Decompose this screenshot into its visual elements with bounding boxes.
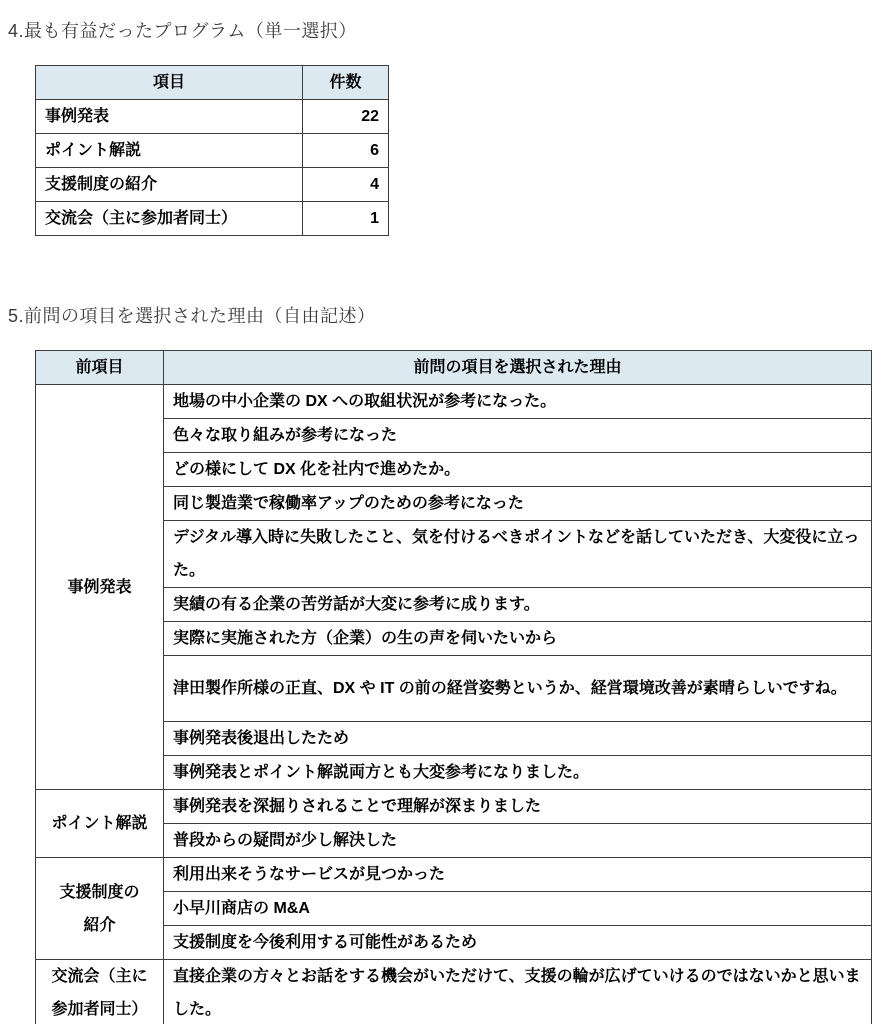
reason-text: 津田製作所様の正直、DX や IT の前の経営姿勢というか、経営環境改善が素晴ら… <box>173 672 862 705</box>
table-row: 事例発表 22 <box>36 100 389 134</box>
table-row: 支援制度の紹介 4 <box>36 168 389 202</box>
reason-cell: 事例発表を深掘りされることで理解が深まりました <box>164 790 872 824</box>
reason-text: 事例発表を深掘りされることで理解が深まりました <box>173 790 862 823</box>
reason-text: 事例発表後退出したため <box>173 722 862 755</box>
reason-text: 利用出来そうなサービスが見つかった <box>173 858 862 891</box>
item-cell: 交流会（主に参加者同士） <box>36 202 303 236</box>
table-row: 支援制度の 紹介 利用出来そうなサービスが見つかった <box>36 858 872 892</box>
count-cell: 6 <box>303 134 389 168</box>
category-cell: 支援制度の 紹介 <box>36 858 164 960</box>
document-page: 4.最も有益だったプログラム（単一選択） 項目 件数 事例発表 22 ポイント解… <box>0 0 892 1024</box>
count-cell: 22 <box>303 100 389 134</box>
count-cell: 1 <box>303 202 389 236</box>
reason-text: 支援制度を今後利用する可能性があるため <box>173 926 862 959</box>
item-cell: ポイント解説 <box>36 134 303 168</box>
reason-text: 実際に実施された方（企業）の生の声を伺いたいから <box>173 622 862 655</box>
reason-cell: 利用出来そうなサービスが見つかった <box>164 858 872 892</box>
table-header-row: 前項目 前問の項目を選択された理由 <box>36 351 872 385</box>
table-row: 交流会（主に参加者同士） 1 <box>36 202 389 236</box>
reason-cell: 事例発表後退出したため <box>164 722 872 756</box>
reason-text: 地場の中小企業の DX への取組状況が参考になった。 <box>173 385 862 418</box>
reason-text: 色々な取り組みが参考になった <box>173 419 862 452</box>
column-header-count: 件数 <box>303 66 389 100</box>
reason-cell: 支援制度を今後利用する可能性があるため <box>164 926 872 960</box>
section-heading-5: 5.前問の項目を選択された理由（自由記述） <box>8 305 892 327</box>
reason-text: 同じ製造業で稼働率アップのための参考になった <box>173 487 862 520</box>
reason-cell: 地場の中小企業の DX への取組状況が参考になった。 <box>164 385 872 419</box>
table-row: ポイント解説 6 <box>36 134 389 168</box>
reason-cell: 津田製作所様の正直、DX や IT の前の経営姿勢というか、経営環境改善が素晴ら… <box>164 656 872 722</box>
reason-cell: 直接企業の方々とお話をする機会がいただけて、支援の輪が広げていけるのではないかと… <box>164 960 872 1024</box>
reason-cell: 実績の有る企業の苦労話が大変に参考に成ります。 <box>164 588 872 622</box>
reason-cell: 実際に実施された方（企業）の生の声を伺いたいから <box>164 622 872 656</box>
table-header-row: 項目 件数 <box>36 66 389 100</box>
reason-cell: どの様にして DX 化を社内で進めたか。 <box>164 453 872 487</box>
benefit-program-table: 項目 件数 事例発表 22 ポイント解説 6 支援制度の紹介 4 交流会（主に参… <box>35 65 389 236</box>
reason-cell: 色々な取り組みが参考になった <box>164 419 872 453</box>
column-header-reason: 前問の項目を選択された理由 <box>164 351 872 385</box>
reason-text: どの様にして DX 化を社内で進めたか。 <box>173 453 862 486</box>
table-row: 交流会（主に 参加者同士） 直接企業の方々とお話をする機会がいただけて、支援の輪… <box>36 960 872 1024</box>
reason-text: 直接企業の方々とお話をする機会がいただけて、支援の輪が広げていけるのではないかと… <box>173 960 862 1024</box>
reason-text: デジタル導入時に失敗したこと、気を付けるべきポイントなどを話していただき、大変役… <box>173 521 862 587</box>
reason-cell: 同じ製造業で稼働率アップのための参考になった <box>164 487 872 521</box>
reason-cell: 事例発表とポイント解説両方とも大変参考になりました。 <box>164 756 872 790</box>
column-header-category: 前項目 <box>36 351 164 385</box>
reason-text: 事例発表とポイント解説両方とも大変参考になりました。 <box>173 756 862 789</box>
column-header-item: 項目 <box>36 66 303 100</box>
reason-text: 小早川商店の M&A <box>173 892 862 925</box>
reason-cell: 小早川商店の M&A <box>164 892 872 926</box>
table-row: ポイント解説 事例発表を深掘りされることで理解が深まりました <box>36 790 872 824</box>
category-cell: ポイント解説 <box>36 790 164 858</box>
table-row: 事例発表 地場の中小企業の DX への取組状況が参考になった。 <box>36 385 872 419</box>
category-cell: 交流会（主に 参加者同士） <box>36 960 164 1024</box>
reasons-table: 前項目 前問の項目を選択された理由 事例発表 地場の中小企業の DX への取組状… <box>35 350 872 1024</box>
item-cell: 支援制度の紹介 <box>36 168 303 202</box>
count-cell: 4 <box>303 168 389 202</box>
reason-text: 普段からの疑問が少し解決した <box>173 824 862 857</box>
category-cell: 事例発表 <box>36 385 164 790</box>
section-heading-4: 4.最も有益だったプログラム（単一選択） <box>8 20 892 42</box>
item-cell: 事例発表 <box>36 100 303 134</box>
reason-cell: 普段からの疑問が少し解決した <box>164 824 872 858</box>
reason-text: 実績の有る企業の苦労話が大変に参考に成ります。 <box>173 588 862 621</box>
reason-cell: デジタル導入時に失敗したこと、気を付けるべきポイントなどを話していただき、大変役… <box>164 521 872 588</box>
